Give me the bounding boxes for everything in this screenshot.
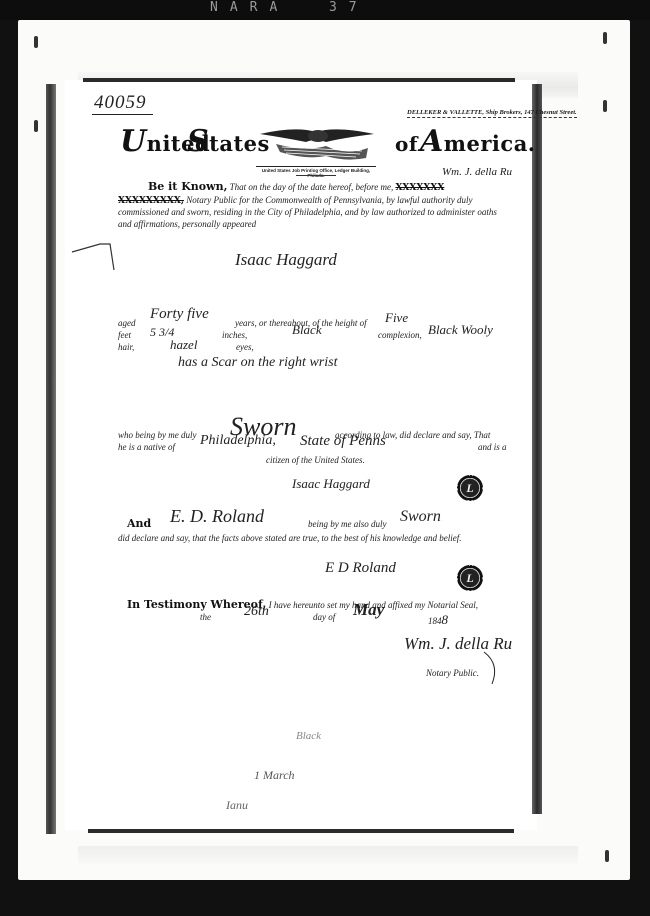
complexion-label: complexion, xyxy=(378,330,422,340)
distinguishing-marks: has a Scar on the right wrist xyxy=(178,355,337,371)
form-border xyxy=(532,84,542,814)
ornament-divider xyxy=(296,175,336,176)
witness-signature: E D Roland xyxy=(325,560,396,577)
intro-line-4: and affirmations, personally appeared xyxy=(118,219,256,229)
notarial-seal-icon: L xyxy=(457,565,483,591)
age-value: Forty five xyxy=(150,306,209,323)
form-border xyxy=(46,84,56,834)
aged-label: aged xyxy=(118,318,136,328)
faint-note: 1 March xyxy=(254,768,295,783)
form-border xyxy=(83,78,515,82)
witness-name: E. D. Roland xyxy=(170,506,264,527)
hair-label: hair, xyxy=(118,342,134,352)
title-of: of xyxy=(395,132,418,156)
intro-line-3: commissioned and sworn, residing in the … xyxy=(118,207,497,217)
witness-line-1: being by me also duly xyxy=(308,519,386,529)
witness-line-2: did declare and say, that the facts abov… xyxy=(118,533,462,543)
feet-label: feet xyxy=(118,330,131,340)
notary-flourish xyxy=(480,650,502,686)
microfilm-label: NARA 37 xyxy=(210,0,369,15)
form-border xyxy=(88,829,514,833)
year-label: 1848 xyxy=(428,612,448,628)
testimony-month: May xyxy=(353,600,384,620)
oath-line-3: citizen of the United States. xyxy=(266,455,365,465)
printer-credit: DELLEKER & VALLETTE, Ship Brokers, 147 C… xyxy=(407,109,577,118)
eyes-label: eyes, xyxy=(236,342,254,352)
scan-smudge xyxy=(78,846,578,864)
complexion-value: Black xyxy=(292,322,322,338)
edge-mark xyxy=(34,36,38,48)
eyes-value: hazel xyxy=(170,337,197,353)
microfilm-header-strip: NARA 37 xyxy=(0,0,650,20)
margin-arrow-mark xyxy=(70,240,116,276)
notary-signature-top: Wm. J. della Ru xyxy=(442,166,512,178)
height-feet-value: Five xyxy=(385,310,408,326)
testimony-line-1: In Testimony Whereof, I have hereunto se… xyxy=(127,598,478,611)
intro-line-2: XXXXXXXXX, Notary Public for the Commonw… xyxy=(118,195,472,206)
form-number: 40059 xyxy=(92,92,153,115)
native-city: Philadelphia, xyxy=(200,433,276,449)
oath-line-1a: who being by me duly xyxy=(118,430,196,440)
the-label: the xyxy=(200,612,211,622)
edge-mark xyxy=(603,100,607,112)
edge-mark xyxy=(605,850,609,862)
witness-sworn: Sworn xyxy=(400,508,441,526)
notarial-seal-icon: L xyxy=(457,475,483,501)
and-heading: And xyxy=(127,517,151,530)
testimony-day: 26th xyxy=(244,604,269,620)
edge-mark xyxy=(603,32,607,44)
notary-title: Notary Public. xyxy=(426,668,479,678)
applicant-signature: Isaac Haggard xyxy=(292,476,370,492)
day-of-label: day of xyxy=(313,612,335,622)
faint-note: Black xyxy=(296,730,321,742)
faint-note: Ianu xyxy=(226,798,248,813)
print-office-credit: United States Job Printing Office, Ledge… xyxy=(256,166,376,178)
applicant-name: Isaac Haggard xyxy=(235,250,337,270)
edge-mark xyxy=(34,120,38,132)
struck-notary-name: XXXXXXXXX, xyxy=(118,196,184,206)
title-america: America. xyxy=(420,124,536,159)
hair-value: Black Wooly xyxy=(428,322,493,338)
struck-notary-name: XXXXXXX xyxy=(395,183,444,193)
eagle-flag-engraving-icon xyxy=(256,122,376,162)
inches-label: inches, xyxy=(222,330,247,340)
be-it-known-heading: Be it Known, xyxy=(148,180,227,193)
native-state: State of Penns xyxy=(300,433,386,450)
oath-line-2b: and is a xyxy=(478,442,507,452)
intro-line-1: Be it Known, That on the day of the date… xyxy=(148,180,444,193)
oath-line-2a: he is a native of xyxy=(118,442,175,452)
